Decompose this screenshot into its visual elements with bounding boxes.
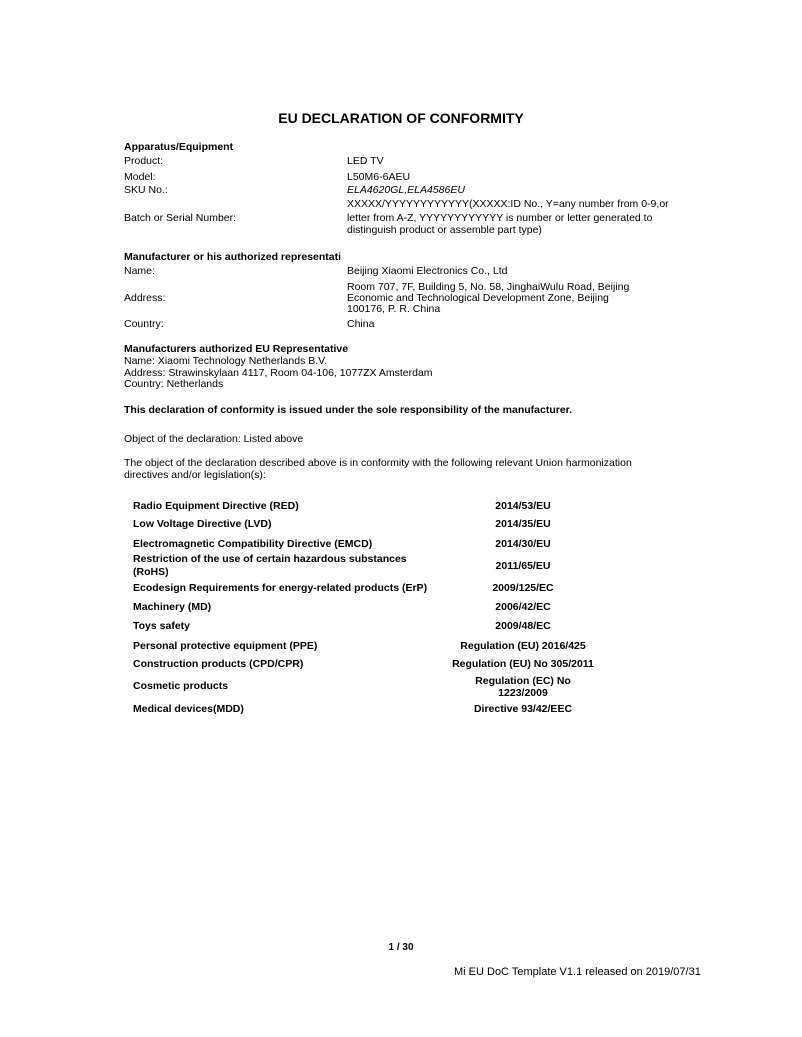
manufacturer-address-label: Address: (124, 292, 165, 304)
directive-name-line-1: Restriction of the use of certain hazard… (133, 553, 407, 565)
apparatus-heading: Apparatus/Equipment (124, 141, 233, 153)
directive-ref: 2009/48/EC (430, 620, 616, 632)
directive-ref: Regulation (EU) No 305/2011 (430, 658, 616, 670)
batch-value-line-1: XXXXX/YYYYYYYYYYYY(XXXXX:ID No., Y=any n… (347, 198, 669, 210)
manufacturer-name: Beijing Xiaomi Electronics Co., Ltd (347, 265, 508, 277)
directive-name: Radio Equipment Directive (RED) (133, 500, 299, 512)
directive-ref: 2014/30/EU (430, 538, 616, 550)
model-value: L50M6-6AEU (347, 171, 410, 183)
batch-value-line-3: distinguish product or assemble part typ… (347, 224, 542, 236)
directive-ref: Regulation (EU) 2016/425 (430, 640, 616, 652)
directive-name-line-2: (RoHS) (133, 566, 169, 578)
product-label: Product: (124, 155, 163, 167)
manufacturer-address-line-3: 100176, P. R. China (347, 303, 440, 315)
sku-value: ELA4620GL,ELA4586EU (347, 184, 465, 196)
directive-ref: 2014/35/EU (430, 518, 616, 530)
directive-name: Low Voltage Directive (LVD) (133, 518, 271, 530)
directive-name: Personal protective equipment (PPE) (133, 640, 317, 652)
sku-label: SKU No.: (124, 184, 168, 196)
manufacturer-name-label: Name: (124, 265, 155, 277)
directive-name: Medical devices(MDD) (133, 703, 244, 715)
page-number: 1 / 30 (0, 942, 802, 954)
directive-name: Ecodesign Requirements for energy-relate… (133, 582, 427, 594)
directive-name: Construction products (CPD/CPR) (133, 658, 303, 670)
batch-label: Batch or Serial Number: (124, 212, 236, 224)
directive-ref: 2011/65/EU (430, 560, 616, 572)
directive-name: Machinery (MD) (133, 601, 211, 613)
directive-ref-line-1: Regulation (EC) No (430, 675, 616, 687)
batch-value-line-2: letter from A-Z, YYYYYYYYYYYY is number … (347, 212, 652, 224)
object-line: Object of the declaration: Listed above (124, 433, 303, 445)
eu-rep-heading: Manufacturers authorized EU Representati… (124, 343, 348, 355)
page-title: EU DECLARATION OF CONFORMITY (0, 110, 802, 126)
directive-ref: 2014/53/EU (430, 500, 616, 512)
directive-ref: 2006/42/EC (430, 601, 616, 613)
directive-ref: 2009/125/EC (430, 582, 616, 594)
directive-ref-line-2: 1223/2009 (430, 687, 616, 699)
directive-name: Cosmetic products (133, 680, 228, 692)
directive-name: Toys safety (133, 620, 190, 632)
template-version: Mi EU DoC Template V1.1 released on 2019… (454, 966, 701, 978)
eu-rep-country: Country: Netherlands (124, 378, 223, 390)
eu-rep-name: Name: Xiaomi Technology Netherlands B.V. (124, 355, 327, 367)
directive-ref: Directive 93/42/EEC (430, 703, 616, 715)
manufacturer-country: China (347, 318, 374, 330)
responsibility-statement: This declaration of conformity is issued… (124, 404, 572, 416)
conformity-line-2: directives and/or legislation(s): (124, 469, 266, 481)
conformity-line-1: The object of the declaration described … (124, 457, 632, 469)
model-label: Model: (124, 171, 156, 183)
manufacturer-country-label: Country: (124, 318, 164, 330)
manufacturer-heading: Manufacturer or his authorized represent… (124, 251, 342, 263)
directive-name: Electromagnetic Compatibility Directive … (133, 538, 372, 550)
product-value: LED TV (347, 155, 384, 167)
